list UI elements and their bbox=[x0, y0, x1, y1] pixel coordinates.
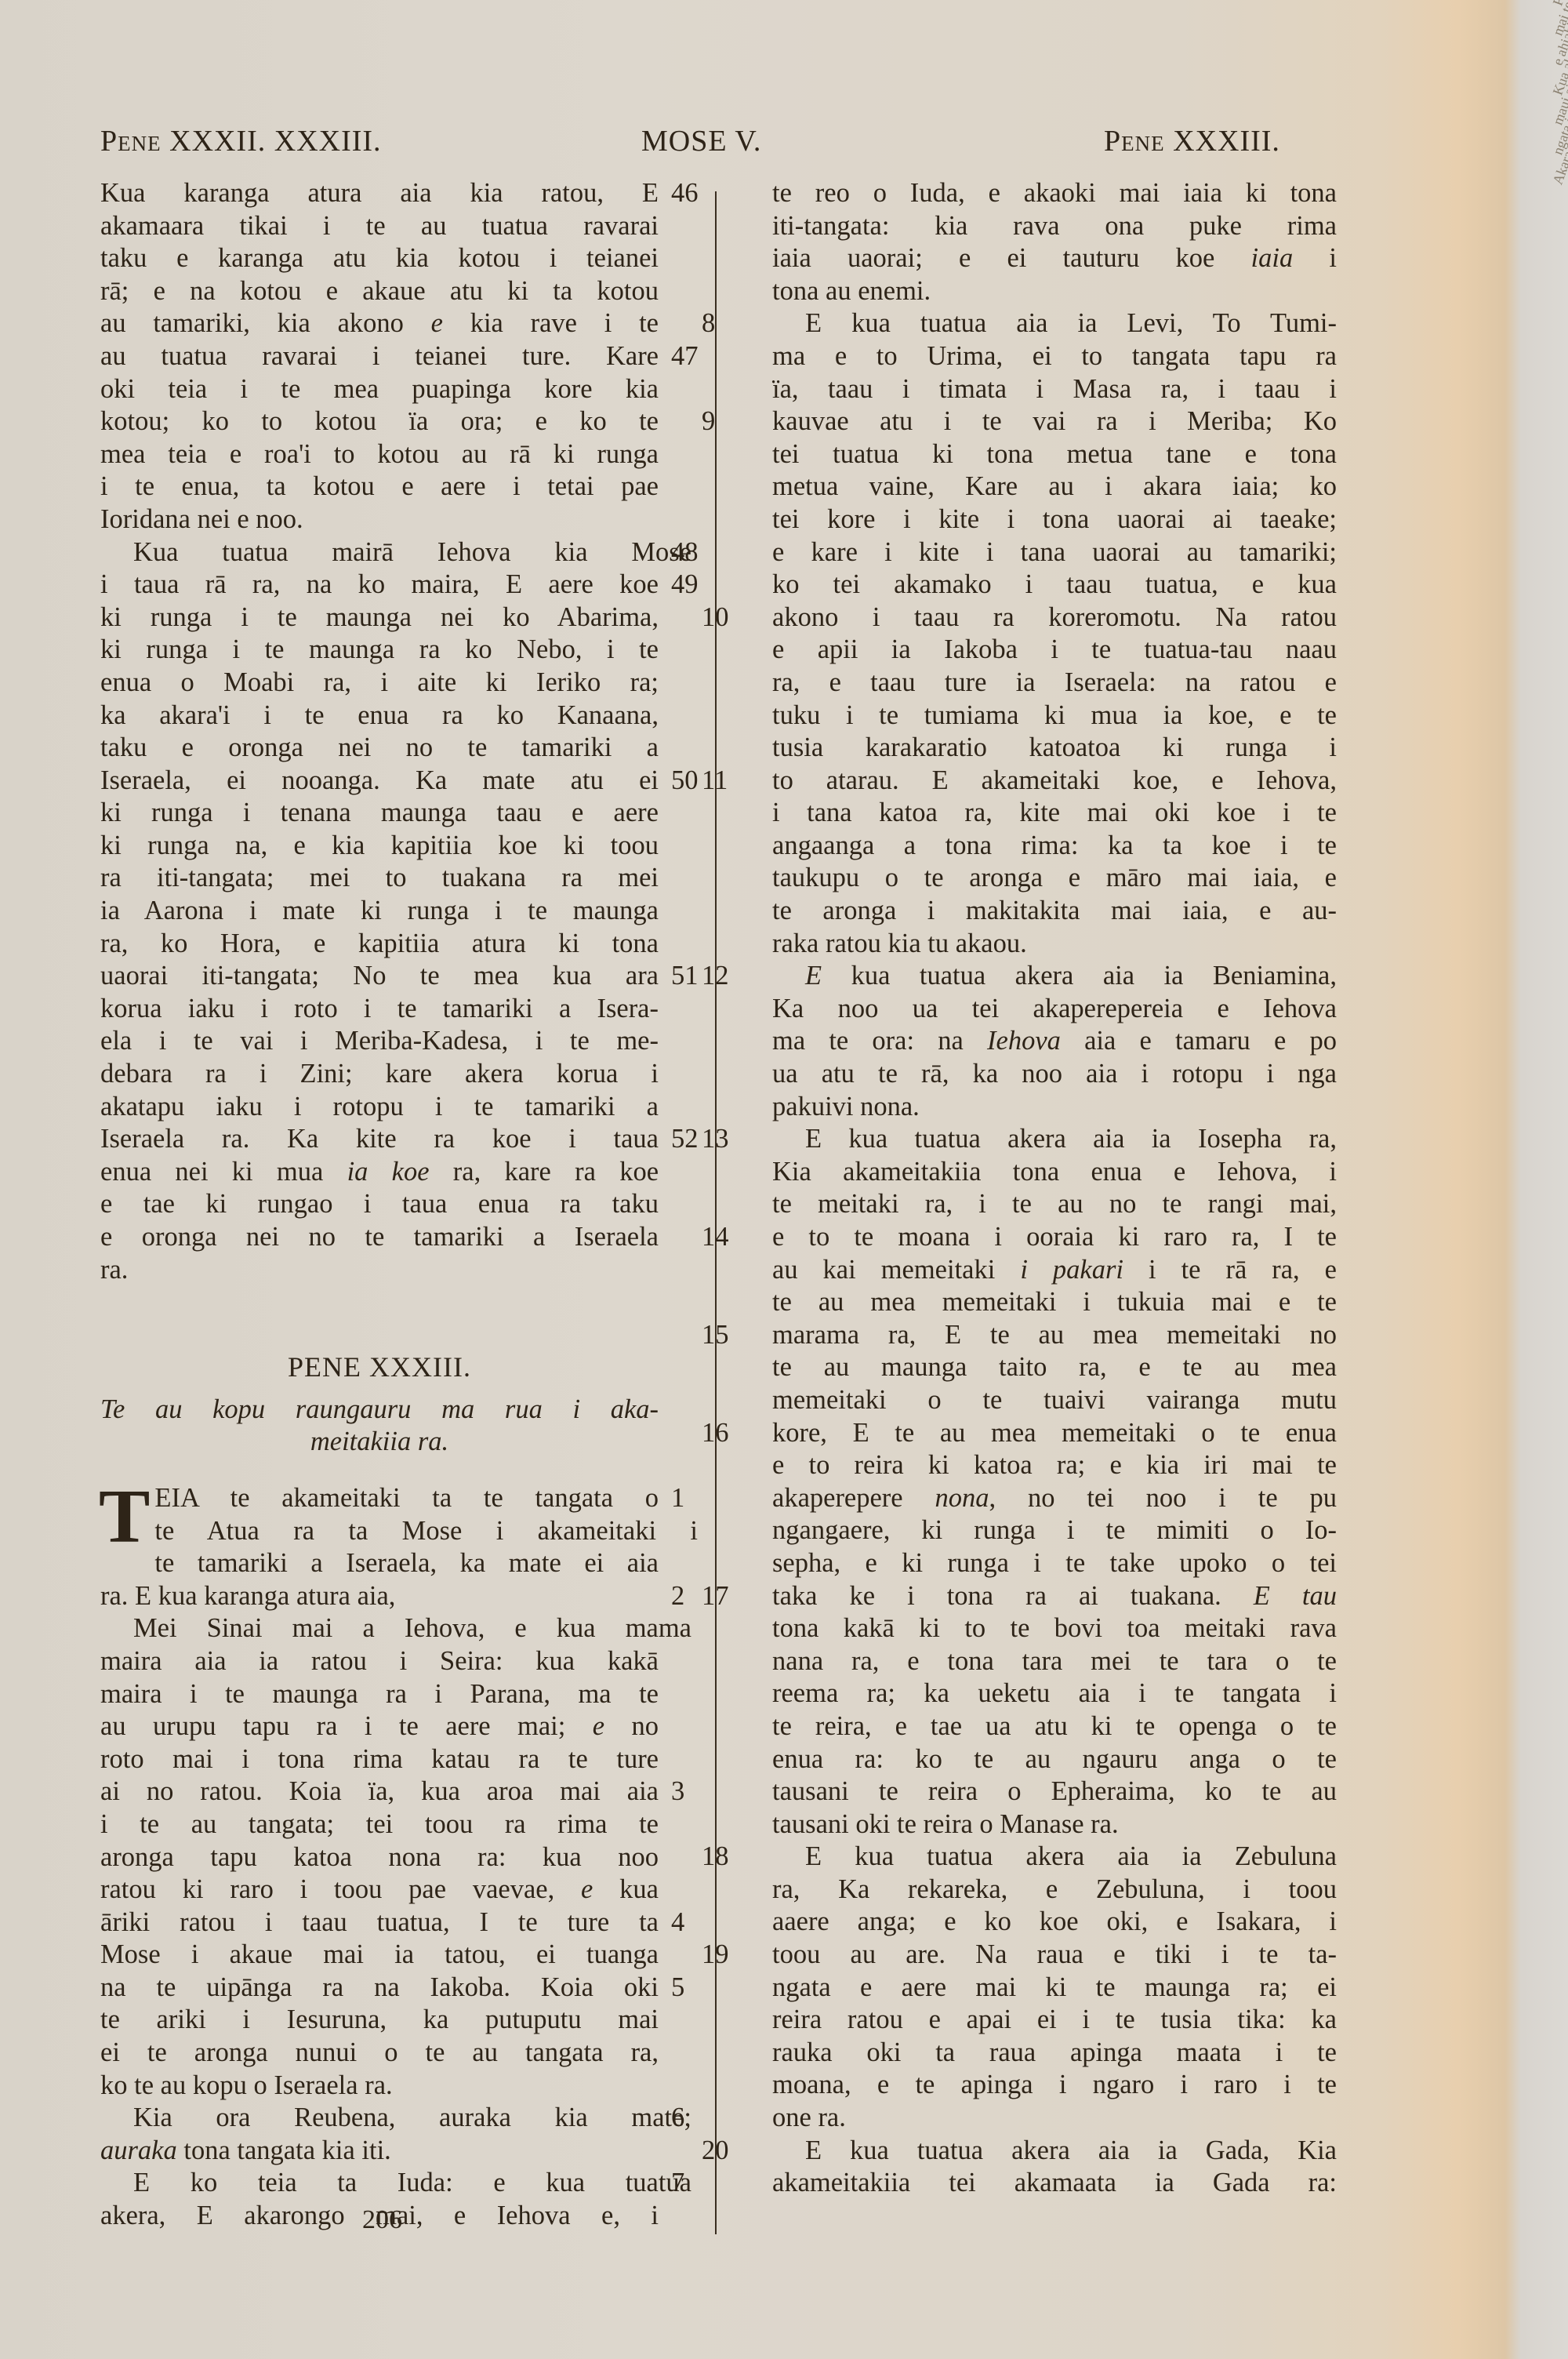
text-line: te au mea memeitaki i tukuia mai e te bbox=[772, 1286, 1337, 1319]
text-line: ra iti-tangata; mei to tuakana ra mei bbox=[100, 862, 659, 895]
text-line: E kua tuatua akera aia ia Zebuluna18 bbox=[772, 1841, 1337, 1874]
line-text: ki runga i te maunga ra ko Nebo, i te bbox=[100, 634, 659, 664]
text-line: nana ra, e tona tara mei te tara o te bbox=[772, 1645, 1337, 1678]
line-text: iti-tangata: kia rava ona puke rima bbox=[772, 211, 1337, 241]
italic-text: ia koe bbox=[347, 1157, 430, 1187]
text-line: memeitaki o te tuaivi vairanga mutu bbox=[772, 1384, 1337, 1417]
line-text: roto mai i tona rima katau ra te ture bbox=[100, 1744, 659, 1774]
text-line: ïa, taau i timata i Masa ra, i taau i bbox=[772, 373, 1337, 406]
text-line: Kia ora Reubena, auraka kia mate;6 bbox=[100, 2102, 691, 2135]
text-line: e apii ia Iakoba i te tuatua-tau naau bbox=[772, 634, 1337, 667]
line-text: auraka tona tangata kia iti. bbox=[100, 2135, 391, 2165]
running-head-left: Pene XXXII. XXXIII. bbox=[100, 124, 382, 158]
line-text: ko te au kopu o Iseraela ra. bbox=[100, 2070, 393, 2100]
line-text: taku e oronga nei no te tamariki a bbox=[100, 732, 659, 762]
verse-number: 14 bbox=[702, 1221, 749, 1254]
line-text: i te au tangata; tei toou ra rima te bbox=[100, 1809, 659, 1839]
text-line: ai no ratou. Koia ïa, kua aroa mai aia3 bbox=[100, 1776, 659, 1808]
line-text: reema ra; ka ueketu aia i te tangata i bbox=[772, 1678, 1337, 1708]
line-text: pakuivi nona. bbox=[772, 1092, 920, 1121]
line-text: e oronga nei no te tamariki a Iseraela bbox=[100, 1222, 659, 1252]
text-line: reira ratou e apai ei i te tusia tika: k… bbox=[772, 2004, 1337, 2037]
line-text: angaanga a tona rima: ka ta koe i te bbox=[772, 831, 1337, 860]
line-text: memeitaki o te tuaivi vairanga mutu bbox=[772, 1385, 1337, 1415]
text-line: kotou; ko to kotou ïa ora; e ko te bbox=[100, 405, 659, 438]
text-line: E kua tuatua aia ia Levi, To Tumi-8 bbox=[772, 307, 1337, 340]
line-text: na te uipānga ra na Iakoba. Koia oki bbox=[100, 1972, 659, 2002]
text-line: tausani te reira o Epheraima, ko te au bbox=[772, 1776, 1337, 1808]
text-line: toou au are. Na raua e tiki i te ta-19 bbox=[772, 1939, 1337, 1972]
text-line: tei kore i kite i tona uaorai ai taeake; bbox=[772, 503, 1337, 536]
text-line: e to te moana i ooraia ki raro ra, I te1… bbox=[772, 1221, 1337, 1254]
line-text: i te enua, ta kotou e aere i tetai pae bbox=[100, 471, 659, 501]
text-line: kore, E te au mea memeitaki o te enua16 bbox=[772, 1417, 1337, 1450]
text-line: enua ra: ko te au ngauru anga o te bbox=[772, 1743, 1337, 1776]
line-text: E kua tuatua akera aia ia Beniamina, bbox=[805, 961, 1337, 990]
line-text: oki teia i te mea puapinga kore kia bbox=[100, 374, 659, 404]
text-line: āriki ratou i taau tuatua, I te ture ta4 bbox=[100, 1906, 659, 1939]
line-text: Mose i akaue mai ia tatou, ei tuanga bbox=[100, 1939, 659, 1969]
verse-number: 5 bbox=[671, 1972, 718, 2005]
running-head-smallcaps: Pene bbox=[100, 125, 162, 158]
text-line: ela i te vai i Meriba-Kadesa, i te me- bbox=[100, 1025, 659, 1058]
line-text: ra, e taau ture ia Iseraela: na ratou e bbox=[772, 667, 1337, 697]
line-text: e to reira ki katoa ra; e kia iri mai te bbox=[772, 1450, 1337, 1480]
spacer bbox=[100, 1384, 659, 1394]
text-line: aronga tapu katoa nona ra: kua noo bbox=[100, 1841, 659, 1874]
line-text: debara ra i Zini; kare akera korua i bbox=[100, 1059, 659, 1089]
text-line: ia Aarona i mate ki runga i te maunga bbox=[100, 895, 659, 928]
line-text: ei te aronga nunui o te au tangata ra, bbox=[100, 2037, 659, 2067]
text-line: ei te aronga nunui o te au tangata ra, bbox=[100, 2037, 659, 2070]
line-text: i taua rā ra, na ko maira, E aere koe bbox=[100, 569, 659, 599]
spacer bbox=[100, 1286, 659, 1351]
text-line: one ra. bbox=[772, 2102, 1337, 2135]
verse-number: 8 bbox=[702, 307, 749, 340]
text-line: taukupu o te aronga e māro mai iaia, e bbox=[772, 862, 1337, 895]
line-text: Mei Sinai mai a Iehova, e kua mama bbox=[133, 1613, 691, 1643]
text-line: aaere anga; e ko koe oki, e Isakara, i bbox=[772, 1906, 1337, 1939]
text-line: Iseraela, ei nooanga. Ka mate atu ei50 bbox=[100, 765, 659, 798]
line-text: enua o Moabi ra, i aite ki Ieriko ra; bbox=[100, 667, 659, 697]
line-text: kotou; ko to kotou ïa ora; e ko te bbox=[100, 406, 659, 436]
verse-number: 19 bbox=[702, 1939, 749, 1972]
text-line: ra, e taau ture ia Iseraela: na ratou e bbox=[772, 667, 1337, 700]
text-line: te reira, e tae ua atu ki te openga o te bbox=[772, 1710, 1337, 1743]
line-text: te au mea memeitaki i tukuia mai e te bbox=[772, 1287, 1337, 1317]
text-line: akaperepere nona, no tei noo i te pu bbox=[772, 1482, 1337, 1515]
text-line: iti-tangata: kia rava ona puke rima bbox=[772, 210, 1337, 243]
line-text: enua nei ki mua ia koe ra, kare ra koe bbox=[100, 1157, 659, 1187]
text-line: i te au tangata; tei toou ra rima te bbox=[100, 1808, 659, 1841]
line-text: marama ra, E te au mea memeitaki no bbox=[772, 1320, 1337, 1350]
text-line: ua atu te rā, ka noo aia i rotopu i nga bbox=[772, 1058, 1337, 1091]
text-line: ki runga i te maunga nei ko Abarima, bbox=[100, 602, 659, 634]
line-text: te ariki i Iesuruna, ka putuputu mai bbox=[100, 2005, 659, 2034]
verse-number: 49 bbox=[671, 569, 718, 602]
line-text: tona kakā ki to te bovi toa meitaki rava bbox=[772, 1613, 1337, 1643]
line-text: aaere anga; e ko koe oki, e Isakara, i bbox=[772, 1906, 1337, 1936]
line-text: akatapu iaku i rotopu i te tamariki a bbox=[100, 1092, 659, 1121]
line-text: moana, e te apinga i ngaro i raro i te bbox=[772, 2070, 1337, 2099]
text-line: tona kakā ki to te bovi toa meitaki rava bbox=[772, 1612, 1337, 1645]
text-line: to atarau. E akameitaki koe, e Iehova,11 bbox=[772, 765, 1337, 798]
line-text: Iseraela ra. Ka kite ra koe i taua bbox=[100, 1124, 659, 1154]
italic-text: auraka bbox=[100, 2135, 177, 2165]
text-line: au tamariki, kia akono e kia rave i te bbox=[100, 307, 659, 340]
text-line: enua nei ki mua ia koe ra, kare ra koe bbox=[100, 1156, 659, 1189]
left-column: Kua karanga atura aia kia ratou, E46akam… bbox=[100, 177, 659, 2233]
running-head-chapters: XXXII. XXXIII. bbox=[162, 125, 382, 158]
right-column: te reo o Iuda, e akaoki mai iaia ki tona… bbox=[772, 177, 1337, 2200]
verse-number: 47 bbox=[671, 340, 718, 373]
book-page: Pene XXXII. XXXIII. MOSE V. Pene XXXIII.… bbox=[0, 0, 1537, 2359]
line-text: EIA te akameitaki ta te tangata o bbox=[154, 1483, 659, 1513]
line-text: akamaara tikai i te au tuatua ravarai bbox=[100, 211, 659, 241]
line-text: raka ratou kia tu akaou. bbox=[772, 929, 1027, 958]
line-text: tausani te reira o Epheraima, ko te au bbox=[772, 1776, 1337, 1806]
line-text: ngangaere, ki runga i te mimiti o Io- bbox=[772, 1515, 1337, 1545]
text-line: E kua tuatua akera aia ia Beniamina,12 bbox=[772, 960, 1337, 993]
line-text: aronga tapu katoa nona ra: kua noo bbox=[100, 1842, 659, 1872]
left-text-block-ch32: Kua karanga atura aia kia ratou, E46akam… bbox=[100, 177, 659, 1286]
text-line: ki runga na, e kia kapitiia koe ki toou bbox=[100, 830, 659, 863]
line-text: i tana katoa ra, kite mai oki koe i te bbox=[772, 798, 1337, 827]
verse-number: 6 bbox=[671, 2102, 718, 2135]
text-line: mea teia e roa'i to kotou au rā ki runga bbox=[100, 438, 659, 471]
text-line: Ka noo ua tei akaperepereia e Iehova bbox=[772, 993, 1337, 1026]
text-line: tusia karakaratio katoatoa ki runga i bbox=[772, 732, 1337, 765]
text-line: Kua tuatua mairā Iehova kia Mose48 bbox=[100, 536, 691, 569]
line-text: taka ke i tona ra ai tuakana. E tau bbox=[772, 1581, 1337, 1611]
running-head-chapter: XXXIII. bbox=[1165, 125, 1280, 158]
line-text: taku e karanga atu kia kotou i teianei bbox=[100, 243, 659, 273]
text-line: i tana katoa ra, kite mai oki koe i te bbox=[772, 797, 1337, 830]
text-line: ngangaere, ki runga i te mimiti o Io- bbox=[772, 1514, 1337, 1547]
text-line: marama ra, E te au mea memeitaki no15 bbox=[772, 1319, 1337, 1352]
text-line: kauvae atu i te vai ra i Meriba; Ko9 bbox=[772, 405, 1337, 438]
line-text: maira aia ia ratou i Seira: kua kakā bbox=[100, 1646, 659, 1676]
line-text: to atarau. E akameitaki koe, e Iehova, bbox=[772, 765, 1337, 795]
text-line: e kare i kite i tana uaorai au tamariki; bbox=[772, 536, 1337, 569]
italic-text: i pakari bbox=[1020, 1255, 1123, 1285]
line-text: te aronga i makitakita mai iaia, e au- bbox=[772, 896, 1337, 925]
verse-number: 3 bbox=[671, 1776, 718, 1808]
line-text: nana ra, e tona tara mei te tara o te bbox=[772, 1646, 1337, 1676]
text-line: angaanga a tona rima: ka ta koe i te bbox=[772, 830, 1337, 863]
line-text: kauvae atu i te vai ra i Meriba; Ko bbox=[772, 406, 1337, 436]
text-line: te meitaki ra, i te au no te rangi mai, bbox=[772, 1188, 1337, 1221]
line-text: ïa, taau i timata i Masa ra, i taau i bbox=[772, 374, 1337, 404]
line-text: tuku i te tumiama ki mua ia koe, e te bbox=[772, 700, 1337, 730]
text-line: moana, e te apinga i ngaro i raro i te bbox=[772, 2069, 1337, 2102]
line-text: kore, E te au mea memeitaki o te enua bbox=[772, 1418, 1337, 1448]
text-line: au tuatua ravarai i teianei ture. Kare47 bbox=[100, 340, 659, 373]
text-line: akatapu iaku i rotopu i te tamariki a bbox=[100, 1091, 659, 1124]
line-text: E kua tuatua akera aia ia Iosepha ra, bbox=[805, 1124, 1337, 1154]
text-line: te au maunga taito ra, e te au mea bbox=[772, 1351, 1337, 1384]
text-line: maira aia ia ratou i Seira: kua kakā bbox=[100, 1645, 659, 1678]
text-line: metua vaine, Kare au i akara iaia; ko bbox=[772, 471, 1337, 503]
line-text: te reo o Iuda, e akaoki mai iaia ki tona bbox=[772, 178, 1337, 208]
line-text: Kia akameitakiia tona enua e Iehova, i bbox=[772, 1157, 1337, 1187]
italic-text: e bbox=[431, 308, 443, 338]
verse-number: 9 bbox=[702, 405, 749, 438]
text-line: e oronga nei no te tamariki a Iseraela bbox=[100, 1221, 659, 1254]
line-text: ia Aarona i mate ki runga i te maunga bbox=[100, 896, 659, 925]
text-line: rauka oki ta raua apinga maata i te bbox=[772, 2037, 1337, 2070]
line-text: taukupu o te aronga e māro mai iaia, e bbox=[772, 863, 1337, 892]
line-text: ko tei akamako i taau tuatua, e kua bbox=[772, 569, 1337, 599]
text-line: pakuivi nona. bbox=[772, 1091, 1337, 1124]
line-text: E kua tuatua akera aia ia Zebuluna bbox=[805, 1841, 1337, 1871]
spacer bbox=[100, 1459, 659, 1482]
text-line: uaorai iti-tangata; No te mea kua ara51 bbox=[100, 960, 659, 993]
line-text: ua atu te rā, ka noo aia i rotopu i nga bbox=[772, 1059, 1337, 1089]
left-text-block-ch33: TEIA te akameitaki ta te tangata o1te At… bbox=[100, 1482, 659, 2233]
line-text: ra. E kua karanga atura aia, bbox=[100, 1581, 395, 1611]
line-text: korua iaku i roto i te tamariki a Isera- bbox=[100, 994, 659, 1023]
line-text: tei kore i kite i tona uaorai ai taeake; bbox=[772, 504, 1337, 534]
verse-number: 17 bbox=[702, 1580, 749, 1613]
italic-text: iaia bbox=[1251, 243, 1294, 273]
line-text: e to te moana i ooraia ki raro ra, I te bbox=[772, 1222, 1337, 1252]
line-text: Iseraela, ei nooanga. Ka mate atu ei bbox=[100, 765, 659, 795]
line-text: e kare i kite i tana uaorai au tamariki; bbox=[772, 537, 1337, 567]
line-text: Kua karanga atura aia kia ratou, E bbox=[100, 178, 659, 208]
line-text: au tamariki, kia akono e kia rave i te bbox=[100, 308, 659, 338]
text-line: au urupu tapu ra i te aere mai; e no bbox=[100, 1710, 659, 1743]
text-line: akamaara tikai i te au tuatua ravarai bbox=[100, 210, 659, 243]
verse-number: 48 bbox=[671, 536, 718, 569]
line-text: ela i te vai i Meriba-Kadesa, i te me- bbox=[100, 1026, 659, 1056]
text-line: rā; e na kotou e akaue atu ki ta kotou bbox=[100, 275, 659, 308]
text-line: tei tuatua ki tona metua tane e tona bbox=[772, 438, 1337, 471]
running-head-smallcaps: Pene bbox=[1104, 125, 1165, 158]
line-text: e tae ki rungao i taua enua ra taku bbox=[100, 1189, 659, 1219]
verse-number: 12 bbox=[702, 960, 749, 993]
text-line: tausani oki te reira o Manase ra. bbox=[772, 1808, 1337, 1841]
running-head-book-title: MOSE V. bbox=[641, 124, 761, 158]
line-text: ra, ko Hora, e kapitiia atura ki tona bbox=[100, 929, 659, 958]
text-line: E kua tuatua akera aia ia Gada, Kia20 bbox=[772, 2135, 1337, 2168]
verse-number: 13 bbox=[702, 1123, 749, 1156]
text-line: te aronga i makitakita mai iaia, e au- bbox=[772, 895, 1337, 928]
line-text: reira ratou e apai ei i te tusia tika: k… bbox=[772, 2005, 1337, 2034]
line-text: tausani oki te reira o Manase ra. bbox=[772, 1809, 1119, 1839]
line-text: tei tuatua ki tona metua tane e tona bbox=[772, 439, 1337, 469]
text-line: au kai memeitaki i pakari i te rā ra, e bbox=[772, 1254, 1337, 1287]
line-text: one ra. bbox=[772, 2103, 846, 2132]
verse-number: 46 bbox=[671, 177, 718, 210]
text-line: akono i taau ra koreromotu. Na ratou10 bbox=[772, 602, 1337, 634]
text-line: ra. E kua karanga atura aia,2 bbox=[100, 1580, 659, 1613]
text-line: ko tei akamako i taau tuatua, e kua bbox=[772, 569, 1337, 602]
verse-number: 15 bbox=[702, 1319, 749, 1352]
text-line: E kua tuatua akera aia ia Iosepha ra,13 bbox=[772, 1123, 1337, 1156]
text-line: ra. bbox=[100, 1254, 659, 1287]
line-text: toou au are. Na raua e tiki i te ta- bbox=[772, 1939, 1337, 1969]
text-line: ki runga i tenana maunga taau e aere bbox=[100, 797, 659, 830]
text-line: ka akara'i i te enua ra ko Kanaana, bbox=[100, 700, 659, 732]
line-text: te meitaki ra, i te au no te rangi mai, bbox=[772, 1189, 1337, 1219]
line-text: rā; e na kotou e akaue atu ki ta kotou bbox=[100, 276, 659, 306]
line-text: rauka oki ta raua apinga maata i te bbox=[772, 2037, 1337, 2067]
page-number: 206 bbox=[362, 2205, 402, 2235]
line-text: ki runga i te maunga nei ko Abarima, bbox=[100, 602, 659, 632]
text-line: enua o Moabi ra, i aite ki Ieriko ra; bbox=[100, 667, 659, 700]
line-text: sepha, e ki runga i te take upoko o tei bbox=[772, 1548, 1337, 1578]
text-line: ki runga i te maunga ra ko Nebo, i te bbox=[100, 634, 659, 667]
chapter-summary: Te au kopu raungauru ma rua i aka- bbox=[100, 1394, 659, 1427]
verse-number: 4 bbox=[671, 1906, 718, 1939]
text-line: taka ke i tona ra ai tuakana. E tau17 bbox=[772, 1580, 1337, 1613]
text-line: akameitakiia tei akamaata ia Gada ra: bbox=[772, 2167, 1337, 2200]
text-line: e to reira ki katoa ra; e kia iri mai te bbox=[772, 1449, 1337, 1482]
line-text: au kai memeitaki i pakari i te rā ra, e bbox=[772, 1255, 1337, 1285]
line-text: akaperepere nona, no tei noo i te pu bbox=[772, 1483, 1337, 1513]
text-line: iaia uaorai; e ei tauturu koe iaia i bbox=[772, 242, 1337, 275]
text-line: taku e oronga nei no te tamariki a bbox=[100, 732, 659, 765]
text-line: te ariki i Iesuruna, ka putuputu mai bbox=[100, 2004, 659, 2037]
line-text: metua vaine, Kare au i akara iaia; ko bbox=[772, 471, 1337, 501]
text-line: oki teia i te mea puapinga kore kia bbox=[100, 373, 659, 406]
text-line: reema ra; ka ueketu aia i te tangata i bbox=[772, 1677, 1337, 1710]
verse-number: 18 bbox=[702, 1841, 749, 1874]
text-line: na te uipānga ra na Iakoba. Koia oki5 bbox=[100, 1972, 659, 2005]
chapter-summary-line: Te au kopu raungauru ma rua i aka- bbox=[100, 1394, 659, 1424]
italic-text: E tau bbox=[1254, 1581, 1337, 1611]
text-line: ngata e aere mai ki te maunga ra; ei bbox=[772, 1972, 1337, 2005]
line-text: ma te ora: na Iehova aia e tamaru e po bbox=[772, 1026, 1337, 1056]
line-text: E ko teia ta Iuda: e kua tuatua bbox=[133, 2168, 691, 2197]
facing-page-text: Akara bbox=[1543, 155, 1568, 189]
text-line: debara ra i Zini; kare akera korua i bbox=[100, 1058, 659, 1091]
text-line: auraka tona tangata kia iti. bbox=[100, 2135, 659, 2168]
text-line: ra, Ka rekareka, e Zebuluna, i toou bbox=[772, 1874, 1337, 1906]
line-text: te Atua ra ta Mose i akameitaki i bbox=[154, 1516, 698, 1546]
line-text: ra iti-tangata; mei to tuakana ra mei bbox=[100, 863, 659, 892]
italic-text: E bbox=[805, 961, 822, 990]
text-line: taku e karanga atu kia kotou i teianei bbox=[100, 242, 659, 275]
text-line: maira i te maunga ra i Parana, ma te bbox=[100, 1678, 659, 1711]
text-line: raka ratou kia tu akaou. bbox=[772, 928, 1337, 961]
line-text: au tuatua ravarai i teianei ture. Kare bbox=[100, 341, 659, 371]
verse-number: 16 bbox=[702, 1417, 749, 1450]
text-line: te reo o Iuda, e akaoki mai iaia ki tona bbox=[772, 177, 1337, 210]
text-line: Mose i akaue mai ia tatou, ei tuanga bbox=[100, 1939, 659, 1972]
facing-page-edge: Pene XXmai te Iehovae ahiahi maiKua akat… bbox=[1538, 0, 1568, 2359]
text-line: e tae ki rungao i taua enua ra taku bbox=[100, 1188, 659, 1221]
text-line: sepha, e ki runga i te take upoko o tei bbox=[772, 1547, 1337, 1580]
line-text: E kua tuatua aia ia Levi, To Tumi- bbox=[805, 308, 1337, 338]
line-text: āriki ratou i taau tuatua, I te ture ta bbox=[100, 1907, 659, 1937]
verse-number: 7 bbox=[671, 2167, 718, 2200]
running-head-right: Pene XXXIII. bbox=[1104, 124, 1280, 158]
line-text: enua ra: ko te au ngauru anga o te bbox=[772, 1744, 1337, 1774]
line-text: tusia karakaratio katoatoa ki runga i bbox=[772, 732, 1337, 762]
text-line: korua iaku i roto i te tamariki a Isera- bbox=[100, 993, 659, 1026]
verse-number: 20 bbox=[702, 2135, 749, 2168]
line-text: ra, Ka rekareka, e Zebuluna, i toou bbox=[772, 1874, 1337, 1904]
text-line: te tamariki a Iseraela, ka mate ei aia bbox=[100, 1547, 659, 1580]
line-text: akono i taau ra koreromotu. Na ratou bbox=[772, 602, 1337, 632]
text-line: ratou ki raro i toou pae vaevae, e kua bbox=[100, 1874, 659, 1906]
verse-number: 10 bbox=[702, 602, 749, 634]
italic-text: nona bbox=[935, 1483, 989, 1513]
line-text: maira i te maunga ra i Parana, ma te bbox=[100, 1679, 659, 1709]
line-text: e apii ia Iakoba i te tuatua-tau naau bbox=[772, 634, 1337, 664]
text-line: ma e to Urima, ei to tangata tapu ra bbox=[772, 340, 1337, 373]
verse-number: 1 bbox=[671, 1482, 718, 1515]
text-line: i taua rā ra, na ko maira, E aere koe49 bbox=[100, 569, 659, 602]
line-text: ra. bbox=[100, 1255, 128, 1285]
line-text: ma e to Urima, ei to tangata tapu ra bbox=[772, 341, 1337, 371]
line-text: te au maunga taito ra, e te au mea bbox=[772, 1352, 1337, 1382]
line-text: te tamariki a Iseraela, ka mate ei aia bbox=[154, 1548, 659, 1578]
line-text: ngata e aere mai ki te maunga ra; ei bbox=[772, 1972, 1337, 2002]
line-text: tona au enemi. bbox=[772, 276, 931, 306]
text-line: tona au enemi. bbox=[772, 275, 1337, 308]
line-text: E kua tuatua akera aia ia Gada, Kia bbox=[805, 2135, 1337, 2165]
line-text: ki runga na, e kia kapitiia koe ki toou bbox=[100, 831, 659, 860]
text-line: ra, ko Hora, e kapitiia atura ki tona bbox=[100, 928, 659, 961]
chapter-summary-line: meitakiia ra. bbox=[310, 1427, 448, 1456]
line-text: iaia uaorai; e ei tauturu koe iaia i bbox=[772, 243, 1337, 273]
text-line: E ko teia ta Iuda: e kua tuatua7 bbox=[100, 2167, 691, 2200]
chapter-heading: PENE XXXIII. bbox=[100, 1351, 659, 1384]
italic-text: e bbox=[581, 1874, 593, 1904]
text-line: Kia akameitakiia tona enua e Iehova, i bbox=[772, 1156, 1337, 1189]
line-text: ka akara'i i te enua ra ko Kanaana, bbox=[100, 700, 659, 730]
line-text: ai no ratou. Koia ïa, kua aroa mai aia bbox=[100, 1776, 659, 1806]
text-line: Mei Sinai mai a Iehova, e kua mama bbox=[100, 1612, 691, 1645]
line-text: akameitakiia tei akamaata ia Gada ra: bbox=[772, 2168, 1337, 2197]
italic-text: e bbox=[593, 1711, 604, 1741]
line-text: uaorai iti-tangata; No te mea kua ara bbox=[100, 961, 659, 990]
text-line: Ioridana nei e noo. bbox=[100, 503, 659, 536]
line-text: au urupu tapu ra i te aere mai; e no bbox=[100, 1711, 659, 1741]
line-text: Ioridana nei e noo. bbox=[100, 504, 303, 534]
right-text-block: te reo o Iuda, e akaoki mai iaia ki tona… bbox=[772, 177, 1337, 2200]
text-line: roto mai i tona rima katau ra te ture bbox=[100, 1743, 659, 1776]
text-line: te Atua ra ta Mose i akameitaki i bbox=[100, 1515, 698, 1548]
italic-text: Iehova bbox=[987, 1026, 1061, 1056]
line-text: Ka noo ua tei akaperepereia e Iehova bbox=[772, 994, 1337, 1023]
line-text: ratou ki raro i toou pae vaevae, e kua bbox=[100, 1874, 659, 1904]
line-text: ki runga i tenana maunga taau e aere bbox=[100, 798, 659, 827]
text-line: ko te au kopu o Iseraela ra. bbox=[100, 2070, 659, 2103]
verse-number: 11 bbox=[702, 765, 749, 798]
chapter-summary: meitakiia ra. bbox=[100, 1426, 659, 1459]
text-line: tuku i te tumiama ki mua ia koe, e te bbox=[772, 700, 1337, 732]
text-line: TEIA te akameitaki ta te tangata o1 bbox=[100, 1482, 659, 1515]
line-text: te reira, e tae ua atu ki te openga o te bbox=[772, 1711, 1337, 1741]
text-line: Iseraela ra. Ka kite ra koe i taua52 bbox=[100, 1123, 659, 1156]
text-line: ma te ora: na Iehova aia e tamaru e po bbox=[772, 1025, 1337, 1058]
line-text: mea teia e roa'i to kotou au rā ki runga bbox=[100, 439, 659, 469]
line-text: Kua tuatua mairā Iehova kia Mose bbox=[133, 537, 691, 567]
line-text: Kia ora Reubena, auraka kia mate; bbox=[133, 2103, 691, 2132]
text-line: Kua karanga atura aia kia ratou, E46 bbox=[100, 177, 659, 210]
text-line: i te enua, ta kotou e aere i tetai pae bbox=[100, 471, 659, 503]
